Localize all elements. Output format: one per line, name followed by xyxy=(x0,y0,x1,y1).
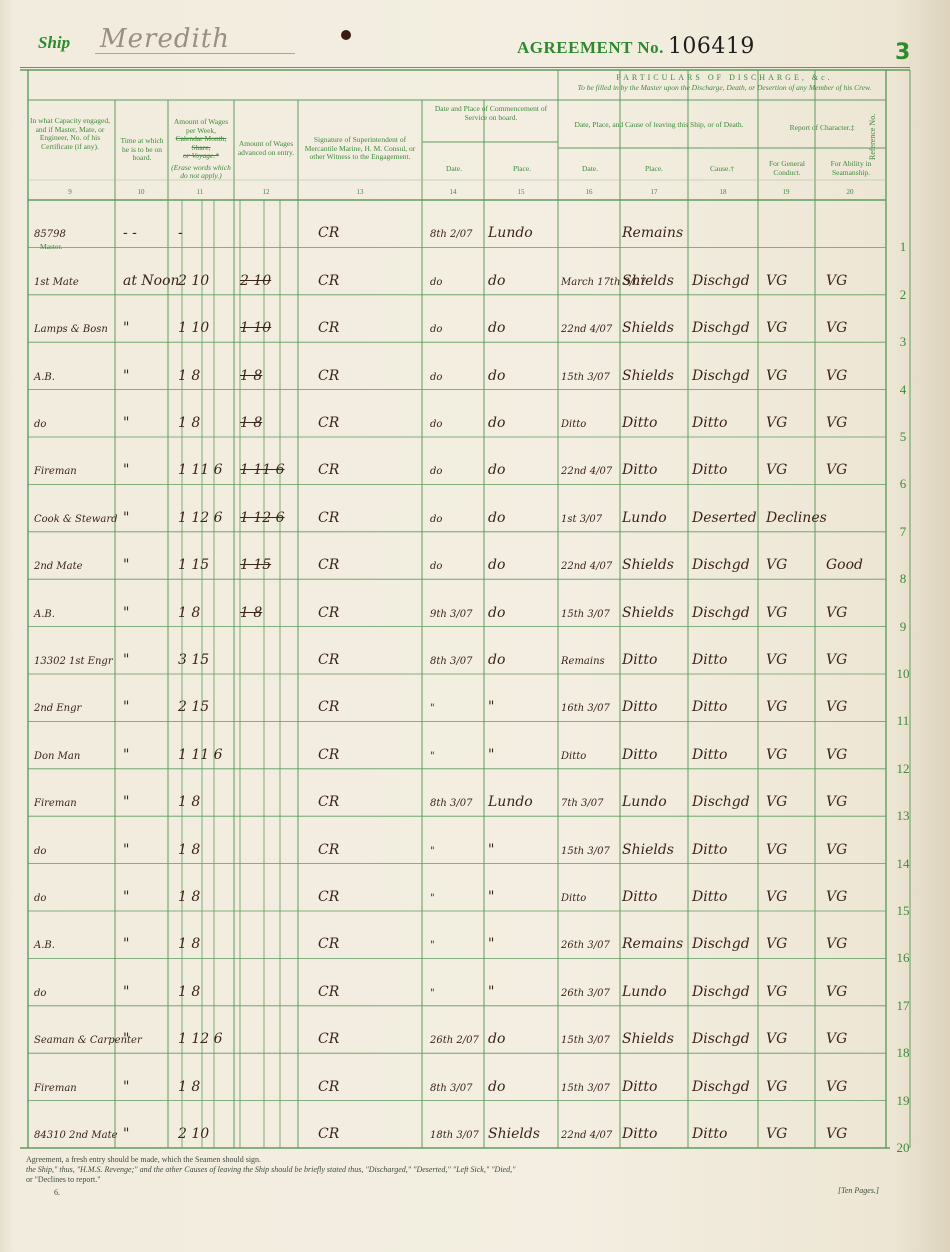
cell-wage: 1 12 6 xyxy=(178,510,223,526)
cell-witness: CR xyxy=(318,889,339,905)
cell-leave-date: Ditto xyxy=(561,419,586,430)
cell-cause: Ditto xyxy=(692,699,727,715)
footnote-line-1: Agreement, a fresh entry should be made,… xyxy=(26,1155,261,1164)
cell-conduct: Declines xyxy=(766,510,827,526)
cell-capacity: 85798 xyxy=(34,229,66,240)
reference-number: 7 xyxy=(892,524,914,540)
cell-wage: - xyxy=(178,225,183,241)
cell-witness: CR xyxy=(318,1126,339,1142)
cell-capacity: A.B. xyxy=(34,609,55,620)
cell-wage: 1 8 xyxy=(178,605,200,621)
cell-conduct: VG xyxy=(766,415,787,431)
cell-capacity: Don Man xyxy=(34,751,80,762)
reference-number: 15 xyxy=(892,903,914,919)
reference-number: 10 xyxy=(892,666,914,682)
cell-ability: VG xyxy=(826,842,847,858)
cell-conduct: VG xyxy=(766,747,787,763)
cell-place: " xyxy=(488,747,494,763)
cell-time: " xyxy=(123,368,129,384)
cell-leave-date: 22nd 4/07 xyxy=(561,1130,612,1141)
cell-cause: Ditto xyxy=(692,1126,727,1142)
cell-leave-date: 15th 3/07 xyxy=(561,609,610,620)
cell-wage: 2 10 xyxy=(178,273,209,289)
cell-place: Lundo xyxy=(488,794,533,810)
cell-cause: Ditto xyxy=(692,889,727,905)
reference-number: 11 xyxy=(892,713,914,729)
header-advance: Amount of Wages advanced on entry. xyxy=(236,140,296,157)
column-number-20: 20 xyxy=(840,188,860,196)
cell-ability: Good xyxy=(826,557,863,573)
cell-leave-date: 7th 3/07 xyxy=(561,798,603,809)
cell-time: " xyxy=(123,415,129,431)
cell-ability: VG xyxy=(826,984,847,1000)
cell-leave-place: Ditto xyxy=(622,747,657,763)
cell-cause: Ditto xyxy=(692,842,727,858)
cell-cause: Dischgd xyxy=(692,794,750,810)
reference-number: 14 xyxy=(892,856,914,872)
discharge-subtitle: To be filled in by the Master upon the D… xyxy=(562,83,887,92)
header-time: Time at which he is to be on board. xyxy=(117,137,167,163)
cell-wage: 1 10 xyxy=(178,320,209,336)
cell-date: 8th 2/07 xyxy=(430,229,472,240)
column-number-19: 19 xyxy=(776,188,796,196)
cell-ability: VG xyxy=(826,415,847,431)
cell-capacity: 1st Mate xyxy=(34,277,79,288)
cell-witness: CR xyxy=(318,273,339,289)
cell-time: " xyxy=(123,1079,129,1095)
header-wages-b: or Voyage.* xyxy=(170,152,232,161)
cell-date: 8th 3/07 xyxy=(430,1083,472,1094)
cell-leave-date: 26th 3/07 xyxy=(561,940,610,951)
cell-time: " xyxy=(123,1031,129,1047)
crew-agreement-page: Ship Meredith AGREEMENT No.106419 3 In w… xyxy=(0,0,950,1252)
header-leave-date: Date. xyxy=(560,165,620,174)
cell-wage: 3 15 xyxy=(178,652,209,668)
cell-time: - - xyxy=(123,225,137,241)
cell-advance: 1 8 xyxy=(240,605,262,621)
cell-conduct: VG xyxy=(766,794,787,810)
cell-leave-place: Ditto xyxy=(622,415,657,431)
cell-date: 8th 3/07 xyxy=(430,798,472,809)
cell-capacity: Fireman xyxy=(34,466,77,477)
header-leaving: Date, Place, and Cause of leaving this S… xyxy=(560,121,758,130)
cell-date: " xyxy=(430,703,435,714)
cell-conduct: VG xyxy=(766,1031,787,1047)
cell-advance: 1 15 xyxy=(240,557,271,573)
top-rule xyxy=(20,67,910,68)
cell-place: do xyxy=(488,273,505,289)
cell-conduct: VG xyxy=(766,699,787,715)
cell-place: " xyxy=(488,699,494,715)
cell-advance: 1 11 6 xyxy=(240,462,285,478)
cell-wage: 1 8 xyxy=(178,842,200,858)
cell-time: " xyxy=(123,557,129,573)
column-number-10: 10 xyxy=(131,188,151,196)
reference-number: 5 xyxy=(892,429,914,445)
reference-number: 20 xyxy=(892,1140,914,1156)
cell-leave-date: 22nd 4/07 xyxy=(561,466,612,477)
cell-leave-date: 15th 3/07 xyxy=(561,1083,610,1094)
cell-conduct: VG xyxy=(766,1079,787,1095)
cell-ability: VG xyxy=(826,1126,847,1142)
cell-ability: VG xyxy=(826,320,847,336)
reference-number: 13 xyxy=(892,808,914,824)
cell-place: Shields xyxy=(488,1126,540,1142)
cell-advance: 1 8 xyxy=(240,415,262,431)
cell-capacity: 2nd Mate xyxy=(34,561,83,572)
cell-date: " xyxy=(430,940,435,951)
header-wages-a: Amount of Wages per Week, xyxy=(170,118,232,135)
cell-leave-place: Ditto xyxy=(622,1079,657,1095)
cell-time: " xyxy=(123,699,129,715)
cell-time: at Noon xyxy=(123,273,180,289)
cell-cause: Dischgd xyxy=(692,320,750,336)
cell-place: do xyxy=(488,557,505,573)
column-number-12: 12 xyxy=(256,188,276,196)
cell-ability: VG xyxy=(826,747,847,763)
cell-witness: CR xyxy=(318,510,339,526)
footer-ten-pages: [Ten Pages.] xyxy=(838,1186,879,1195)
column-number-14: 14 xyxy=(443,188,463,196)
cell-time: " xyxy=(123,842,129,858)
cell-date: " xyxy=(430,846,435,857)
cell-witness: CR xyxy=(318,462,339,478)
cell-ability: VG xyxy=(826,889,847,905)
cell-ability: VG xyxy=(826,652,847,668)
cell-witness: CR xyxy=(318,794,339,810)
cell-capacity: Cook & Steward xyxy=(34,514,118,525)
header-place: Place. xyxy=(486,165,558,174)
cell-ability: VG xyxy=(826,936,847,952)
cell-conduct: VG xyxy=(766,936,787,952)
cell-place: do xyxy=(488,1079,505,1095)
cell-date: do xyxy=(430,419,442,430)
cell-place: do xyxy=(488,415,505,431)
cell-leave-place: Shields xyxy=(622,1031,674,1047)
cell-wage: 1 8 xyxy=(178,984,200,1000)
cell-capacity: do xyxy=(34,893,46,904)
cell-leave-place: Ditto xyxy=(622,652,657,668)
agreement-number: 106419 xyxy=(668,34,755,59)
cell-ability: VG xyxy=(826,794,847,810)
cell-witness: CR xyxy=(318,699,339,715)
cell-cause: Ditto xyxy=(692,415,727,431)
cell-date: do xyxy=(430,372,442,383)
reference-number: 9 xyxy=(892,619,914,635)
header-wages-note: (Erase words which do not apply.) xyxy=(170,164,232,181)
ship-name-handwritten: Meredith xyxy=(100,24,230,54)
reference-number: 19 xyxy=(892,1093,914,1109)
cell-capacity: do xyxy=(34,419,46,430)
cell-leave-place: Ditto xyxy=(622,889,657,905)
cell-date: do xyxy=(430,514,442,525)
cell-cause: Dischgd xyxy=(692,1079,750,1095)
cell-time: " xyxy=(123,936,129,952)
cell-leave-date: 26th 3/07 xyxy=(561,988,610,999)
cell-ability: VG xyxy=(826,462,847,478)
cell-capacity: Fireman xyxy=(34,1083,77,1094)
cell-leave-date: 15th 3/07 xyxy=(561,846,610,857)
cell-capacity: A.B. xyxy=(34,372,55,383)
cell-cause: Dischgd xyxy=(692,557,750,573)
cell-time: " xyxy=(123,1126,129,1142)
cell-leave-place: Ditto xyxy=(622,699,657,715)
cell-wage: 1 8 xyxy=(178,368,200,384)
cell-cause: Deserted xyxy=(692,510,757,526)
ship-name-line xyxy=(95,53,295,54)
cell-wage: 1 8 xyxy=(178,936,200,952)
column-number-16: 16 xyxy=(579,188,599,196)
cell-leave-place: Shields xyxy=(622,842,674,858)
cell-leave-place: Ditto xyxy=(622,1126,657,1142)
cell-conduct: VG xyxy=(766,889,787,905)
cell-capacity: do xyxy=(34,846,46,857)
cell-leave-place: Shields xyxy=(622,273,674,289)
cell-place: do xyxy=(488,1031,505,1047)
cell-place: " xyxy=(488,889,494,905)
cell-date: do xyxy=(430,277,442,288)
column-number-18: 18 xyxy=(713,188,733,196)
cell-place: " xyxy=(488,984,494,1000)
cell-conduct: VG xyxy=(766,842,787,858)
cell-wage: 1 8 xyxy=(178,889,200,905)
cell-leave-place: Remains xyxy=(622,225,683,241)
cell-time: " xyxy=(123,652,129,668)
cell-wage: 1 8 xyxy=(178,415,200,431)
cell-witness: CR xyxy=(318,936,339,952)
cell-wage: 1 15 xyxy=(178,557,209,573)
header-conduct: For General Conduct. xyxy=(760,160,814,177)
header-wages-struck: Calendar Month, Share, xyxy=(170,135,232,152)
cell-date: 9th 3/07 xyxy=(430,609,472,620)
cell-cause: Ditto xyxy=(692,747,727,763)
cell-witness: CR xyxy=(318,320,339,336)
cell-conduct: VG xyxy=(766,462,787,478)
cell-time: " xyxy=(123,794,129,810)
cell-time: " xyxy=(123,462,129,478)
cell-time: " xyxy=(123,510,129,526)
cell-witness: CR xyxy=(318,605,339,621)
reference-number: 8 xyxy=(892,571,914,587)
footnote-line-3: or "Declines to report." xyxy=(26,1175,101,1184)
cell-date: do xyxy=(430,466,442,477)
cell-leave-date: 22nd 4/07 xyxy=(561,561,612,572)
cell-wage: 2 15 xyxy=(178,699,209,715)
cell-place: do xyxy=(488,320,505,336)
cell-conduct: VG xyxy=(766,320,787,336)
cell-capacity: Fireman xyxy=(34,798,77,809)
cell-witness: CR xyxy=(318,842,339,858)
cell-leave-place: Lundo xyxy=(622,510,667,526)
cell-capacity: 2nd Engr xyxy=(34,703,81,714)
column-number-11: 11 xyxy=(190,188,210,196)
cell-leave-date: Ditto xyxy=(561,751,586,762)
cell-witness: CR xyxy=(318,747,339,763)
cell-leave-date: Remains xyxy=(561,656,605,667)
header-leave-place: Place. xyxy=(620,165,688,174)
cell-leave-date: 15th 3/07 xyxy=(561,372,610,383)
agreement-heading: AGREEMENT No.106419 xyxy=(517,34,755,59)
cell-leave-place: Lundo xyxy=(622,794,667,810)
cell-date: " xyxy=(430,893,435,904)
cell-ability: VG xyxy=(826,699,847,715)
cell-date: 18th 3/07 xyxy=(430,1130,479,1141)
cell-date: 8th 3/07 xyxy=(430,656,472,667)
cell-wage: 1 12 6 xyxy=(178,1031,223,1047)
cell-advance: 2 10 xyxy=(240,273,271,289)
cell-capacity: do xyxy=(34,988,46,999)
footnote-line-2: the Ship," thus, "H.M.S. Revenge;" and t… xyxy=(26,1165,515,1174)
cell-place: do xyxy=(488,462,505,478)
cell-witness: CR xyxy=(318,225,339,241)
cell-wage: 1 8 xyxy=(178,794,200,810)
cell-leave-place: Lundo xyxy=(622,984,667,1000)
cell-place: " xyxy=(488,936,494,952)
header-commencement: Date and Place of Commencement of Servic… xyxy=(424,105,558,122)
cell-leave-place: Ditto xyxy=(622,462,657,478)
cell-cause: Dischgd xyxy=(692,1031,750,1047)
cell-leave-place: Shields xyxy=(622,605,674,621)
cell-conduct: VG xyxy=(766,984,787,1000)
header-date: Date. xyxy=(424,165,484,174)
cell-time: " xyxy=(123,984,129,1000)
cell-conduct: VG xyxy=(766,605,787,621)
cell-place: do xyxy=(488,652,505,668)
cell-ability: VG xyxy=(826,1079,847,1095)
cell-advance: 1 8 xyxy=(240,368,262,384)
cell-leave-date: Ditto xyxy=(561,893,586,904)
header-ability: For Ability in Seamanship. xyxy=(816,160,886,177)
cell-wage: 2 10 xyxy=(178,1126,209,1142)
cell-leave-date: 16th 3/07 xyxy=(561,703,610,714)
cell-leave-place: Shields xyxy=(622,557,674,573)
cell-advance: 1 12 6 xyxy=(240,510,285,526)
header-witness: Signature of Superintendent of Mercantil… xyxy=(301,136,419,162)
cell-leave-place: Remains xyxy=(622,936,683,952)
cell-witness: CR xyxy=(318,415,339,431)
cell-date: 26th 2/07 xyxy=(430,1035,479,1046)
cell-leave-date: 1st 3/07 xyxy=(561,514,602,525)
cell-place: Lundo xyxy=(488,225,533,241)
header-reference-no: Reference No. xyxy=(868,114,877,160)
cell-ability: VG xyxy=(826,273,847,289)
agreement-label: AGREEMENT No. xyxy=(517,38,664,57)
cell-capacity: A.B. xyxy=(34,940,55,951)
cell-witness: CR xyxy=(318,652,339,668)
reference-number: 18 xyxy=(892,1045,914,1061)
cell-date: " xyxy=(430,988,435,999)
ink-blot xyxy=(341,30,351,40)
cell-time: " xyxy=(123,320,129,336)
cell-ability: VG xyxy=(826,1031,847,1047)
cell-date: do xyxy=(430,324,442,335)
cell-capacity: Lamps & Bosn xyxy=(34,324,108,335)
header-character: Report of Character.‡ xyxy=(758,124,886,133)
cell-time: " xyxy=(123,605,129,621)
cell-cause: Dischgd xyxy=(692,273,750,289)
cell-conduct: VG xyxy=(766,368,787,384)
discharge-title: PARTICULARS OF DISCHARGE, &c. xyxy=(562,73,887,82)
cell-cause: Dischgd xyxy=(692,984,750,1000)
cell-cause: Dischgd xyxy=(692,605,750,621)
cell-leave-place: Shields xyxy=(622,320,674,336)
cell-conduct: VG xyxy=(766,273,787,289)
column-number-9: 9 xyxy=(60,188,80,196)
cell-cause: Ditto xyxy=(692,462,727,478)
cell-witness: CR xyxy=(318,984,339,1000)
cell-cause: Dischgd xyxy=(692,368,750,384)
cell-time: " xyxy=(123,747,129,763)
cell-ability: VG xyxy=(826,605,847,621)
cell-conduct: VG xyxy=(766,1126,787,1142)
cell-cause: Dischgd xyxy=(692,936,750,952)
cell-leave-date: 15th 3/07 xyxy=(561,1035,610,1046)
header-cause: Cause.† xyxy=(688,165,756,174)
master-label: Master. xyxy=(40,242,62,251)
cell-leave-place: Shields xyxy=(622,368,674,384)
cell-wage: 1 11 6 xyxy=(178,462,223,478)
column-number-15: 15 xyxy=(511,188,531,196)
reference-number: 12 xyxy=(892,761,914,777)
cell-cause: Ditto xyxy=(692,652,727,668)
page-number: 3 xyxy=(895,40,910,65)
cell-wage: 1 8 xyxy=(178,1079,200,1095)
cell-leave-date: 22nd 4/07 xyxy=(561,324,612,335)
cell-place: do xyxy=(488,368,505,384)
reference-number: 6 xyxy=(892,476,914,492)
cell-date: " xyxy=(430,751,435,762)
cell-time: " xyxy=(123,889,129,905)
column-number-17: 17 xyxy=(644,188,664,196)
reference-number: 2 xyxy=(892,287,914,303)
reference-number: 16 xyxy=(892,950,914,966)
reference-number: 3 xyxy=(892,334,914,350)
cell-place: do xyxy=(488,605,505,621)
cell-date: do xyxy=(430,561,442,572)
cell-capacity: 13302 1st Engr xyxy=(34,656,113,667)
reference-number: 1 xyxy=(892,239,914,255)
cell-conduct: VG xyxy=(766,652,787,668)
cell-witness: CR xyxy=(318,557,339,573)
cell-capacity: 84310 2nd Mate xyxy=(34,1130,118,1141)
ship-label: Ship xyxy=(38,33,70,53)
cell-ability: VG xyxy=(826,368,847,384)
cell-wage: 1 11 6 xyxy=(178,747,223,763)
reference-number: 17 xyxy=(892,998,914,1014)
column-number-13: 13 xyxy=(350,188,370,196)
footer-page-ref: 6. xyxy=(54,1188,60,1197)
cell-witness: CR xyxy=(318,1031,339,1047)
cell-advance: 1 10 xyxy=(240,320,271,336)
cell-place: do xyxy=(488,510,505,526)
reference-number: 4 xyxy=(892,382,914,398)
cell-witness: CR xyxy=(318,1079,339,1095)
cell-conduct: VG xyxy=(766,557,787,573)
header-capacity: In what Capacity engaged, and if Master,… xyxy=(28,117,112,151)
cell-place: " xyxy=(488,842,494,858)
cell-witness: CR xyxy=(318,368,339,384)
header-wages: Amount of Wages per Week, Calendar Month… xyxy=(170,118,232,181)
